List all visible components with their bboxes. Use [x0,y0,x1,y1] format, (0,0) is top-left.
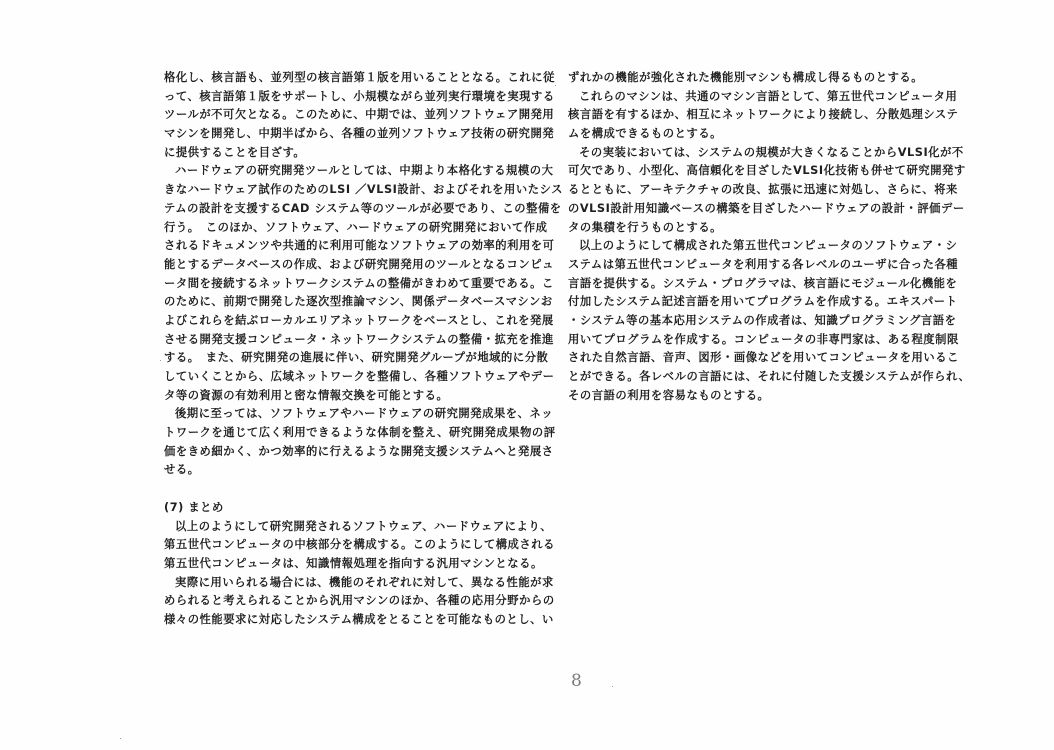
text-line: これらのマシンは、共通のマシン言語として、第五世代コンピュータ用 [568,88,932,107]
text-line: 第五世代コンピュータの中核部分を構成する。このようにして構成される [164,536,528,555]
page-number: 8 [571,671,582,691]
text-line: 第五世代コンピュータは、知識情報処理を指向する汎用マシンとなる。 [164,555,528,574]
text-line: ステムは第五世代コンピュータを利用する各レベルのユーザに合った各種 [568,256,932,275]
text-line: 可欠であり、小型化、高信頼化を目ざしたVLSI化技術も併せて研究開発す [568,162,932,181]
section-heading: (7) まとめ [164,499,528,518]
text-line: させる開発支援コンピュータ・ネットワークシステムの整備・拡充を推進 [164,331,528,350]
text-line: ムを構成できるものとする。 [568,125,932,144]
text-line: のために、前期で開発した逐次型推論マシン、関係データベースマシンお [164,293,528,312]
text-line: その実装においては、システムの規模が大きくなることからVLSI化が不 [568,144,932,163]
scan-speck [160,360,161,361]
text-line: るとともに、アーキテクチャの改良、拡張に迅速に対処し、さらに、将来 [568,181,932,200]
text-line: 様々の性能要求に対応したシステム構成をとることを可能なものとし、い [164,611,528,630]
text-line: マシンを開発し、中期半ばから、各種の並列ソフトウェア技術の研究開発 [164,125,528,144]
text-line: められると考えられることから汎用マシンのほか、各種の応用分野からの [164,592,528,611]
text-line: タの集積を行うものとする。 [568,219,932,238]
text-line: する。 また、研究開発の進展に伴い、研究開発グループが地域的に分散 [164,349,528,368]
text-line: 言語を提供する。システム・プログラマは、核言語にモジュール化機能を [568,275,932,294]
text-line: された自然言語、音声、図形・画像などを用いてコンピュータを用いるこ [568,349,932,368]
text-line: 核言語を有するほか、相互にネットワークにより接続し、分散処理システ [568,106,932,125]
document-page: 格化し、核言語も、並列型の核言語第１版を用いることとなる。これに従って、核言語第… [0,0,1054,750]
text-line: ・システム等の基本応用システムの作成者は、知識プログラミング言語を [568,312,932,331]
text-line: ハードウェアの研究開発ツールとしては、中期より本格化する規模の大 [164,162,528,181]
scan-speck [555,85,556,86]
text-line: よびこれらを結ぶローカルエリアネットワークをベースとし、これを発展 [164,312,528,331]
text-line: テムの設計を支援するCAD システム等のツールが必要であり、この整備を [164,200,528,219]
text-line: のVLSI設計用知識ベースの構築を目ざしたハードウェアの設計・評価デー [568,200,932,219]
text-line: 以上のようにして構成された第五世代コンピュータのソフトウェア・シ [568,237,932,256]
text-line: きなハードウェア試作のためのLSI ／VLSI設計、およびそれを用いたシス [164,181,528,200]
text-line: 付加したシステム記述言語を用いてプログラムを作成する。エキスパート [568,293,932,312]
text-line: 行う。 このほか、ソフトウェア、ハードウェアの研究開発において作成 [164,219,528,238]
text-line: 格化し、核言語も、並列型の核言語第１版を用いることとなる。これに従 [164,69,528,88]
left-column: 格化し、核言語も、並列型の核言語第１版を用いることとなる。これに従って、核言語第… [164,69,528,630]
scan-speck [120,738,121,739]
text-line: 以上のようにして研究開発されるソフトウェア、ハードウェアにより、 [164,518,528,537]
right-column: ずれかの機能が強化された機能別マシンも構成し得るものとする。これらのマシンは、共… [568,69,932,405]
text-line: トワークを通じて広く利用できるような体制を整え、研究開発成果物の評 [164,424,528,443]
text-line: 価をきめ細かく、かつ効率的に行えるような開発支援システムへと発展さ [164,443,528,462]
text-line: していくことから、広域ネットワークを整備し、各種ソフトウェアやデー [164,368,528,387]
text-line: ずれかの機能が強化された機能別マシンも構成し得るものとする。 [568,69,932,88]
text-line: 能とするデータベースの作成、および研究開発用のツールとなるコンピュ [164,256,528,275]
text-line: 実際に用いられる場合には、機能のそれぞれに対して、異なる性能が求 [164,574,528,593]
paragraph-gap [164,480,528,499]
text-line: その言語の利用を容易なものとする。 [568,387,932,406]
text-line: ータ間を接続するネットワークシステムの整備がきわめて重要である。こ [164,275,528,294]
text-line: タ等の資源の有効利用と密な情報交換を可能とする。 [164,387,528,406]
text-line: されるドキュメンツや共通的に利用可能なソフトウェアの効率的利用を可 [164,237,528,256]
text-line: に提供することを目ざす。 [164,144,528,163]
text-line: って、核言語第１版をサポートし、小規模ながら並列実行環境を実現する [164,88,528,107]
text-line: 用いてプログラムを作成する。コンピュータの非専門家は、ある程度制限 [568,331,932,350]
scan-speck [612,686,613,687]
text-line: せる。 [164,461,528,480]
text-line: 後期に至っては、ソフトウェアやハードウェアの研究開発成果を、ネッ [164,405,528,424]
text-line: ツールが不可欠となる。このために、中期では、並列ソフトウェア開発用 [164,106,528,125]
text-line: とができる。各レベルの言語には、それに付随した支援システムが作られ、 [568,368,932,387]
